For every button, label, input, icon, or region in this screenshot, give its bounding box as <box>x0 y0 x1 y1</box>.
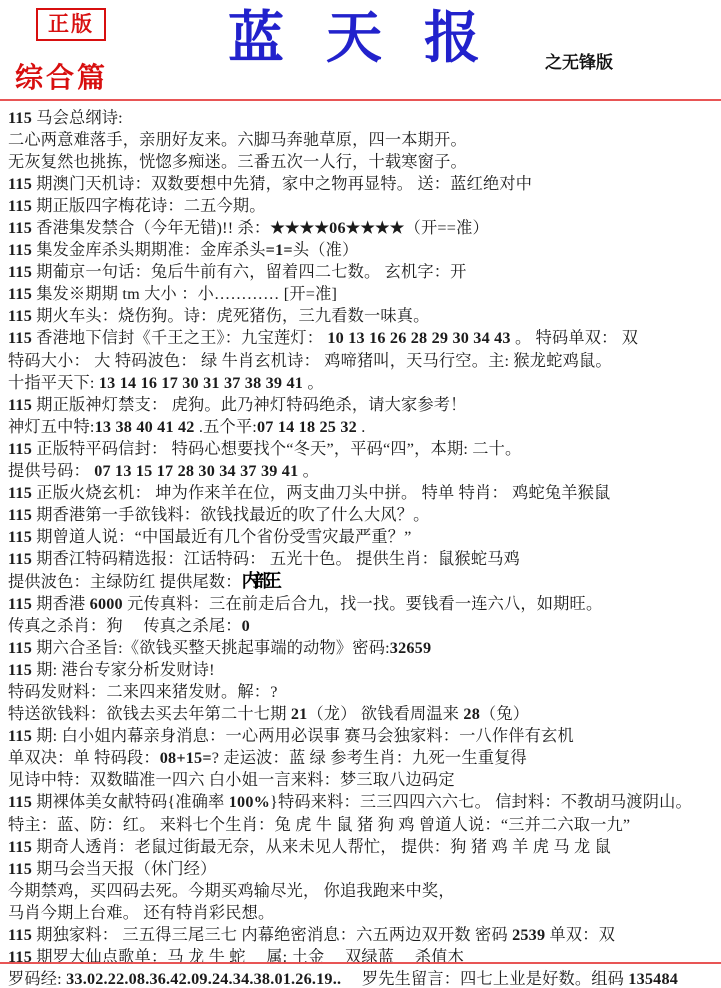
report-line: 无灰复然也挑拣，恍惚多痴迷。三番五次一人行，十载寒窗子。 <box>8 151 721 173</box>
report-line: 115 期马会当天报（休门经） <box>8 858 721 880</box>
report-line: 115 期香港 6000 元传真料：三在前走后合九，找一找。要钱看一连六八，如期… <box>8 593 721 615</box>
report-line: 提供波色：主绿防红 提供尾数：内部王 <box>8 570 721 593</box>
report-line: 神灯五中特:13 38 40 41 42 .五个平:07 14 18 25 32… <box>8 416 721 438</box>
report-line: 115 期澳门天机诗：双数要想中先猜，家中之物再显特。 送：蓝红绝对中 <box>8 173 721 195</box>
report-line: 115 期罗大仙点歌单：马 龙 牛 蛇 属: 土金 双绿蓝 杀值木 <box>8 946 721 968</box>
report-line: 115 集发金库杀头期期准：金库杀头=1=头（准） <box>8 239 721 261</box>
page-title: 蓝 天 报 <box>228 0 494 74</box>
report-line: 马肖今期上台难。 还有特肖彩民想。 <box>8 902 721 924</box>
section-title: 综合篇 <box>15 56 108 96</box>
report-line: 115 正版火烧玄机： 坤为作来羊在位，两支曲刀头中拼。 特单 特肖： 鸡蛇兔羊… <box>8 482 721 504</box>
report-line: 特码大小： 大 特码波色： 绿 牛肖玄机诗： 鸡啼猪叫，天马行空。主: 猴龙蛇鸡… <box>8 350 721 372</box>
report-line: 115 期奇人透肖：老鼠过街最无奈，从来未见人帮忙， 提供：狗 猪 鸡 羊 虎 … <box>8 836 721 858</box>
report-line: 特主：蓝、防：红。 来料七个生肖：兔 虎 牛 鼠 猪 狗 鸡 曾道人说：“三并二… <box>8 814 721 836</box>
report-line: 罗码经: 33.02.22.08.36.42.09.24.34.38.01.26… <box>8 968 721 988</box>
report-line: 见诗中特：双数瞄准一四六 白小姐一言来料：梦三取八边码定 <box>8 769 721 791</box>
report-line: 115 期正版四字梅花诗：二五今期。 <box>8 195 721 217</box>
report-line: 115 期火车头：烧伤狗。诗：虎死猪伤，三九看数一味真。 <box>8 305 721 327</box>
authentic-badge: 正版 <box>36 8 106 41</box>
report-line: 今期禁鸡，买四码去死。今期买鸡输尽光， 你追我跑来中奖， <box>8 880 721 902</box>
report-line: 115 集发※期期 tm 大小 ：小………… [开=准] <box>8 283 721 305</box>
report-line: 115 香港集发禁合（今年无错)!! 杀：★★★★06★★★★（开==准） <box>8 217 721 239</box>
report-line: 115 正版特平码信封： 特码心想要找个“冬天”，平码“四”，本期: 二十。 <box>8 438 721 460</box>
top-divider <box>0 99 721 101</box>
report-line: 特码发财料：二来四来猪发财。解：? <box>8 681 721 703</box>
newspaper-page: 正版 蓝 天 报 之无锋版 综合篇 115 马会总纲诗:二心两意难落手，亲朋好友… <box>0 0 721 988</box>
edition-label: 之无锋版 <box>545 48 613 73</box>
report-line: 115 期香港第一手欲钱料：欲钱找最近的吹了什么大风？。 <box>8 504 721 526</box>
report-line: 115 期裸体美女献特码{准确率 100%}特码来料：三三四四六六七。 信封料：… <box>8 791 721 813</box>
report-line: 二心两意难落手，亲朋好友来。六脚马奔驰草原，四一本期开。 <box>8 129 721 151</box>
report-line: 115 期: 白小姐内幕亲身消息：一心两用必误事 赛马会独家料：一八作伴有玄机 <box>8 725 721 747</box>
report-line: 115 香港地下信封《千王之王》：九宝莲灯： 10 13 16 26 28 29… <box>8 327 721 349</box>
report-line: 115 期正版神灯禁支： 虎狗。此乃神灯特码绝杀，请大家参考！ <box>8 394 721 416</box>
overprint-stamp: 内部王 <box>242 571 283 591</box>
report-line: 提供号码： 07 13 15 17 28 30 34 37 39 41 。 <box>8 460 721 482</box>
report-line: 115 期曾道人说：“中国最近有几个省份受雪灾最严重？” <box>8 526 721 548</box>
report-line: 115 期独家料： 三五得三尾三七 内幕绝密消息：六五两边双开数 密码 2539… <box>8 924 721 946</box>
report-line: 115 期葡京一句话：兔后牛前有六，留着四二七数。 玄机字：开 <box>8 261 721 283</box>
report-line: 115 马会总纲诗: <box>8 107 721 129</box>
report-line: 115 期: 港台专家分析发财诗! <box>8 659 721 681</box>
report-line: 单双决：单 特码段：08+15=? 走运波：蓝 绿 参考生肖：九死一生重复得 <box>8 747 721 769</box>
report-line: 115 期香江特码精选报：江话特码： 五光十色。 提供生肖：鼠猴蛇马鸡 <box>8 548 721 570</box>
report-line: 十指平天下: 13 14 16 17 30 31 37 38 39 41 。 <box>8 372 721 394</box>
report-line: 传真之杀肖：狗 传真之杀尾：0 <box>8 615 721 637</box>
report-line: 115 期六合圣旨:《欲钱买整天挑起事端的动物》密码:32659 <box>8 637 721 659</box>
bottom-divider <box>0 962 721 964</box>
report-line: 特送欲钱料：欲钱去买去年第二十七期 21（龙） 欲钱看周温来 28（兔） <box>8 703 721 725</box>
report-body: 115 马会总纲诗:二心两意难落手，亲朋好友来。六脚马奔驰草原，四一本期开。无灰… <box>8 107 721 988</box>
